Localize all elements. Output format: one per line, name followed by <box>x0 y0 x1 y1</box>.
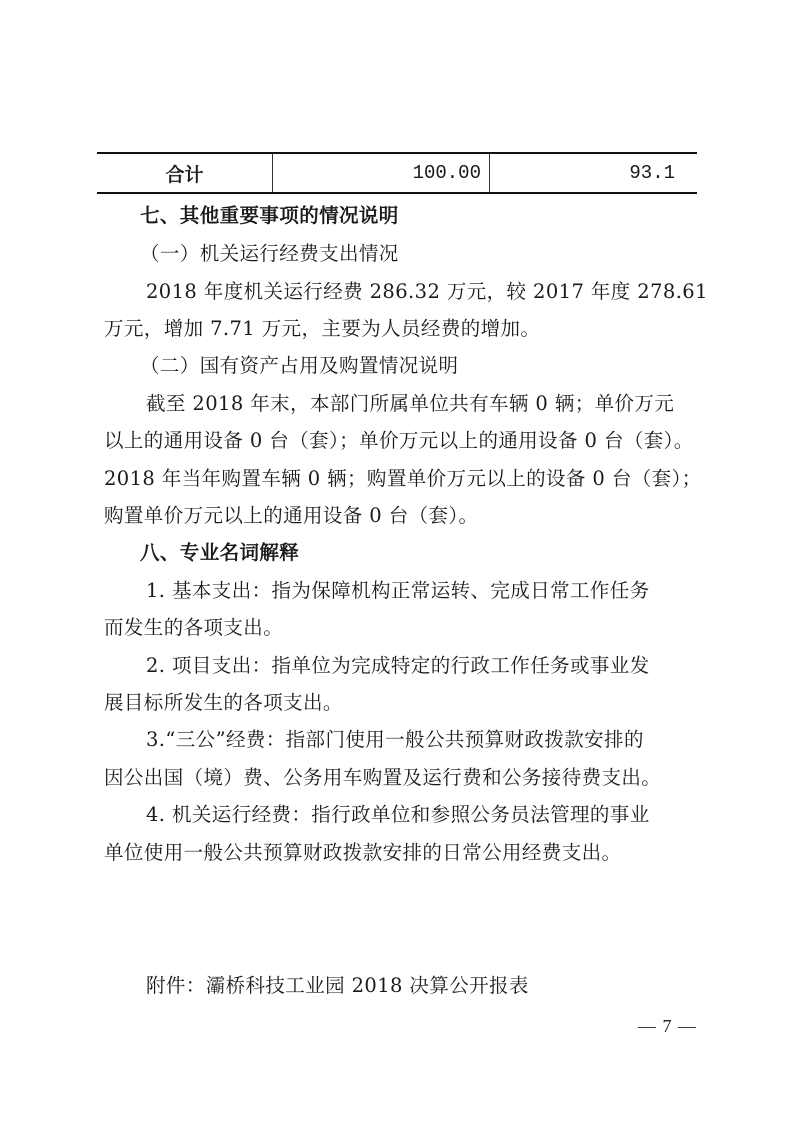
term-line: 1. 基本支出：指为保障机构正常运转、完成日常工作任务 <box>146 578 746 604</box>
term-line: 单位使用一般公共预算财政拨款安排的日常公用经费支出。 <box>104 840 704 866</box>
total-value-2: 93.1 <box>490 153 698 193</box>
term-line: 4. 机关运行经费：指行政单位和参照公务员法管理的事业 <box>146 802 746 828</box>
section7-sub1-line: 万元，增加 7.71 万元，主要为人员经费的增加。 <box>104 316 704 342</box>
section8-heading: 八、专业名词解释 <box>140 540 740 566</box>
term-line: 展目标所发生的各项支出。 <box>104 690 704 716</box>
table-row-total: 合计 100.00 93.1 <box>97 153 697 193</box>
term-line: 因公出国（境）费、公务用车购置及运行费和公务接待费支出。 <box>104 765 704 791</box>
section7-sub2-line: 以上的通用设备 0 台（套）；单价万元以上的通用设备 0 台（套）。 <box>104 428 704 454</box>
section7-sub2-line: 截至 2018 年末，本部门所属单位共有车辆 0 辆；单价万元 <box>146 391 746 417</box>
section7-heading: 七、其他重要事项的情况说明 <box>140 203 740 229</box>
page-number: — 7 — <box>638 1016 697 1037</box>
total-value-1: 100.00 <box>273 153 490 193</box>
term-line: 3.“三公”经费：指部门使用一般公共预算财政拨款安排的 <box>146 727 746 753</box>
term-line: 2. 项目支出：指单位为完成特定的行政工作任务或事业发 <box>146 653 746 679</box>
section7-sub1-title: （一）机关运行经费支出情况 <box>140 241 740 267</box>
section7-sub2-title: （二）国有资产占用及购置情况说明 <box>140 353 740 379</box>
total-table: 合计 100.00 93.1 <box>97 152 697 194</box>
document-page: 合计 100.00 93.1 七、其他重要事项的情况说明 （一）机关运行经费支出… <box>0 0 793 1122</box>
total-label: 合计 <box>97 153 273 193</box>
term-line: 而发生的各项支出。 <box>104 615 704 641</box>
section7-sub1-line: 2018 年度机关运行经费 286.32 万元，较 2017 年度 278.61 <box>146 279 746 305</box>
section7-sub2-line: 2018 年当年购置车辆 0 辆；购置单价万元以上的设备 0 台（套）； <box>104 466 704 492</box>
section7-sub2-line: 购置单价万元以上的通用设备 0 台（套）。 <box>104 503 704 529</box>
attachment-note: 附件：灞桥科技工业园 2018 决算公开报表 <box>146 973 746 999</box>
